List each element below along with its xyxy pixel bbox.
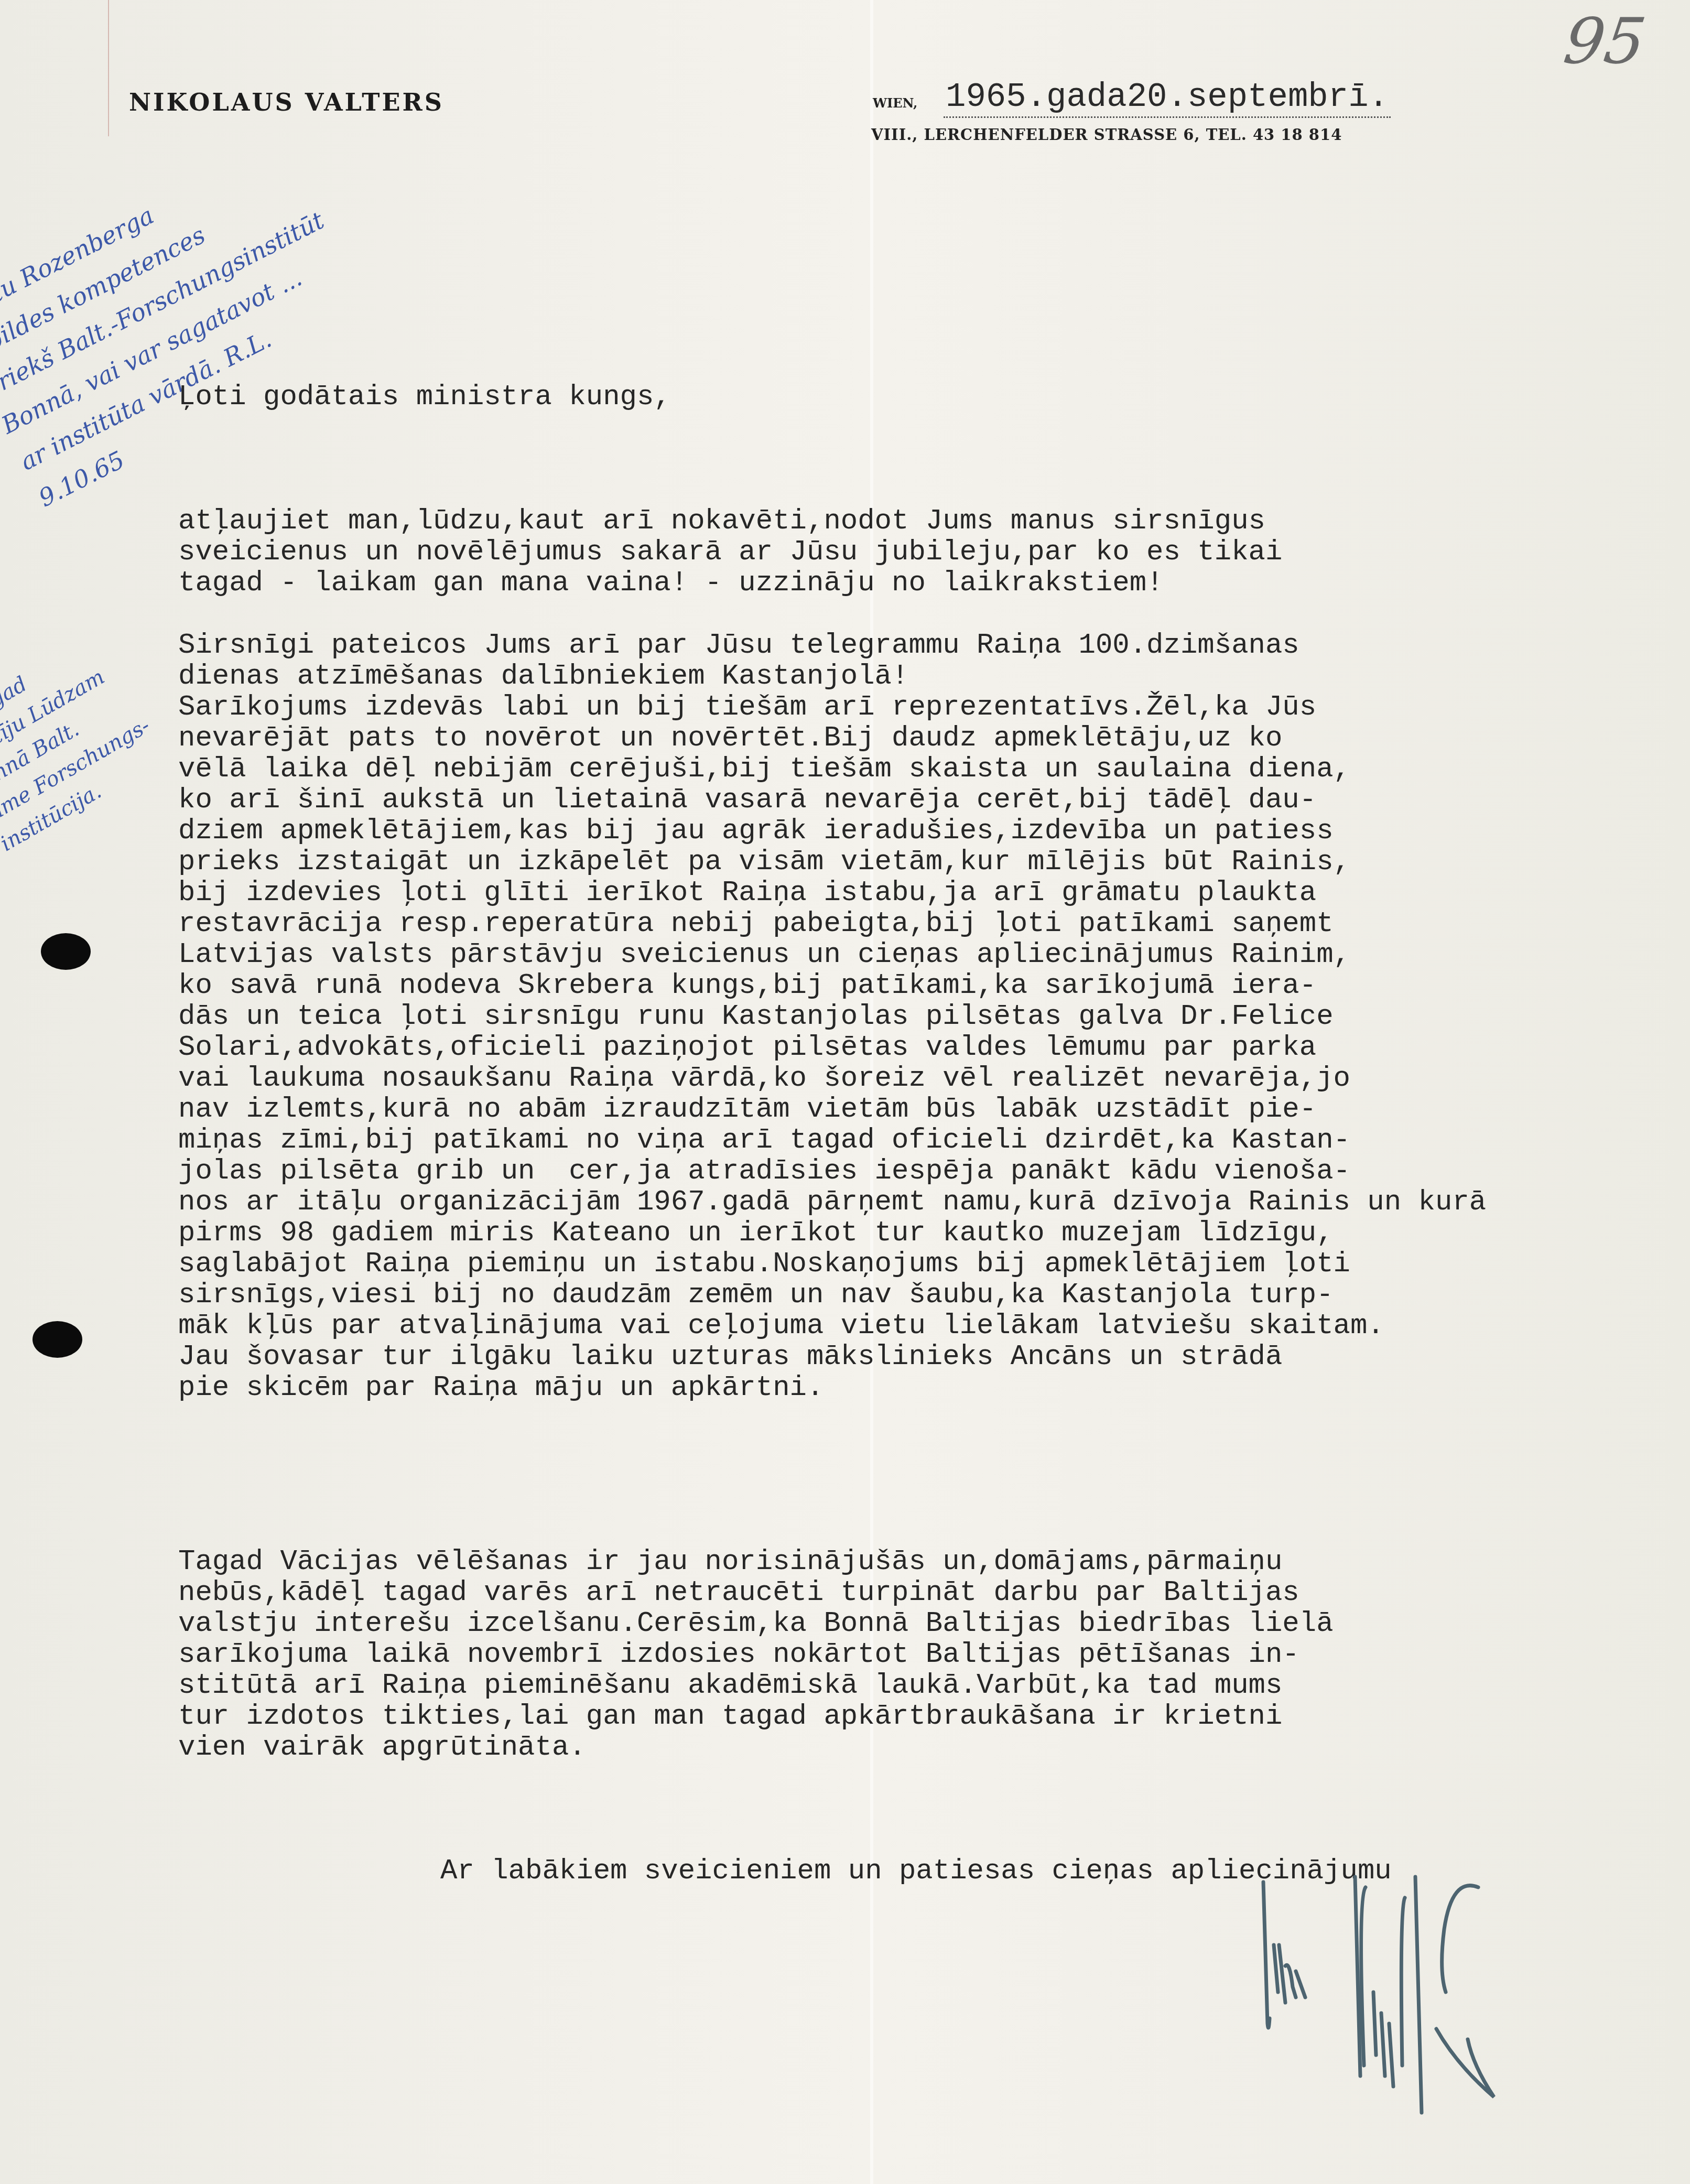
text-line: vien vairāk apgrūtināta. [178,1732,1334,1763]
handwritten-note-top: Lūdzu Rozenberga atbildes kompetences pr… [0,127,387,518]
text-line: pie skicēm par Raiņa māju un apkārtni. [178,1372,1486,1403]
letterhead-place: WIEN, [873,95,917,111]
text-line: pirms 98 gadiem miris Kateano un ierīkot… [178,1218,1486,1249]
text-line: Tagad Vācijas vēlēšanas ir jau norisināj… [178,1547,1334,1577]
text-line: atļaujiet man,lūdzu,kaut arī nokavēti,no… [178,506,1282,537]
text-line: nav izlemts,kurā no abām izraudzītām vie… [178,1094,1486,1125]
text-line: Latvijas valsts pārstāvju sveicienus un … [178,939,1486,970]
text-line: valstju interešu izcelšanu.Cerēsim,ka Bo… [178,1608,1334,1639]
text-line: nos ar itāļu organizācijām 1967.gadā pār… [178,1187,1486,1218]
letter-date: 1965.gada20.septembrī. [944,79,1391,118]
text-line: miņas zīmi,bij patīkami no viņa arī taga… [178,1125,1486,1156]
text-line: saglabājot Raiņa piemiņu un istabu.Noska… [178,1249,1486,1280]
text-line: prieks izstaigāt un izkāpelēt pa visām v… [178,847,1486,878]
text-line: sarīkojuma laikā novembrī izdosies nokār… [178,1639,1334,1670]
paragraph-2: Sirsnīgi pateicos Jums arī par Jūsu tele… [178,630,1486,1403]
salutation: Ļoti godātais ministra kungs, [178,382,671,413]
text-line: dās un teica ļoti sirsnīgu runu Kastanjo… [178,1001,1486,1032]
paragraph-1: atļaujiet man,lūdzu,kaut arī nokavēti,no… [178,506,1282,599]
text-line: sirsnīgs,viesi bij no daudzām zemēm un n… [178,1280,1486,1311]
letterhead-address: VIII., LERCHENFELDER STRASSE 6, TEL. 43 … [871,126,1342,144]
text-line: jolas pilsēta grib un cer,ja atradīsies … [178,1156,1486,1187]
text-line: māk kļūs par atvaļinājuma vai ceļojuma v… [178,1311,1486,1342]
text-line: ko savā runā nodeva Skrebera kungs,bij p… [178,970,1486,1001]
text-line: Jau šovasar tur ilgāku laiku uzturas māk… [178,1342,1486,1372]
punch-hole [32,1321,82,1358]
text-line: dienas atzīmēšanas dalībniekiem Kastanjo… [178,661,1486,692]
text-line: tur izdotos tikties,lai gan man tagad ap… [178,1701,1334,1732]
text-line: vai laukuma nosaukšanu Raiņa vārdā,ko šo… [178,1063,1486,1094]
margin-line [108,0,109,136]
text-line: Sarīkojums izdevās labi un bij tiešām ar… [178,692,1486,723]
text-line: Solari,advokāts,oficieli paziņojot pilsē… [178,1032,1486,1063]
signature [1248,1866,1520,2118]
text-line: stitūtā arī Raiņa pieminēšanu akadēmiskā… [178,1670,1334,1701]
text-line: dziem apmeklētājiem,kas bij jau agrāk ie… [178,816,1486,847]
text-line: restavrācija resp.reperatūra nebij pabei… [178,909,1486,939]
letterhead-name: NIKOLAUS VALTERS [129,88,444,116]
text-line: bij izdevies ļoti glīti ierīkot Raiņa is… [178,878,1486,909]
text-line: vēlā laika dēļ nebijām cerējuši,bij tieš… [178,754,1486,785]
handwritten-note-margin: Jau tagad rakstīju Lūdzam Bonnā Balt. zī… [0,625,172,860]
text-line: sveicienus un novēlējumus sakarā ar Jūsu… [178,537,1282,568]
text-line: ko arī šinī aukstā un lietainā vasarā ne… [178,785,1486,816]
folio-number: 95 [1559,5,1650,78]
text-line: nebūs,kādēļ tagad varēs arī netraucēti t… [178,1577,1334,1608]
punch-hole [41,933,91,970]
letter-page: 95 NIKOLAUS VALTERS WIEN, 1965.gada20.se… [0,0,1690,2184]
text-line: tagad - laikam gan mana vaina! - uzzināj… [178,568,1282,599]
paragraph-3: Tagad Vācijas vēlēšanas ir jau norisināj… [178,1547,1334,1763]
text-line: Sirsnīgi pateicos Jums arī par Jūsu tele… [178,630,1486,661]
text-line: nevarējāt pats to novērot un novērtēt.Bi… [178,723,1486,754]
